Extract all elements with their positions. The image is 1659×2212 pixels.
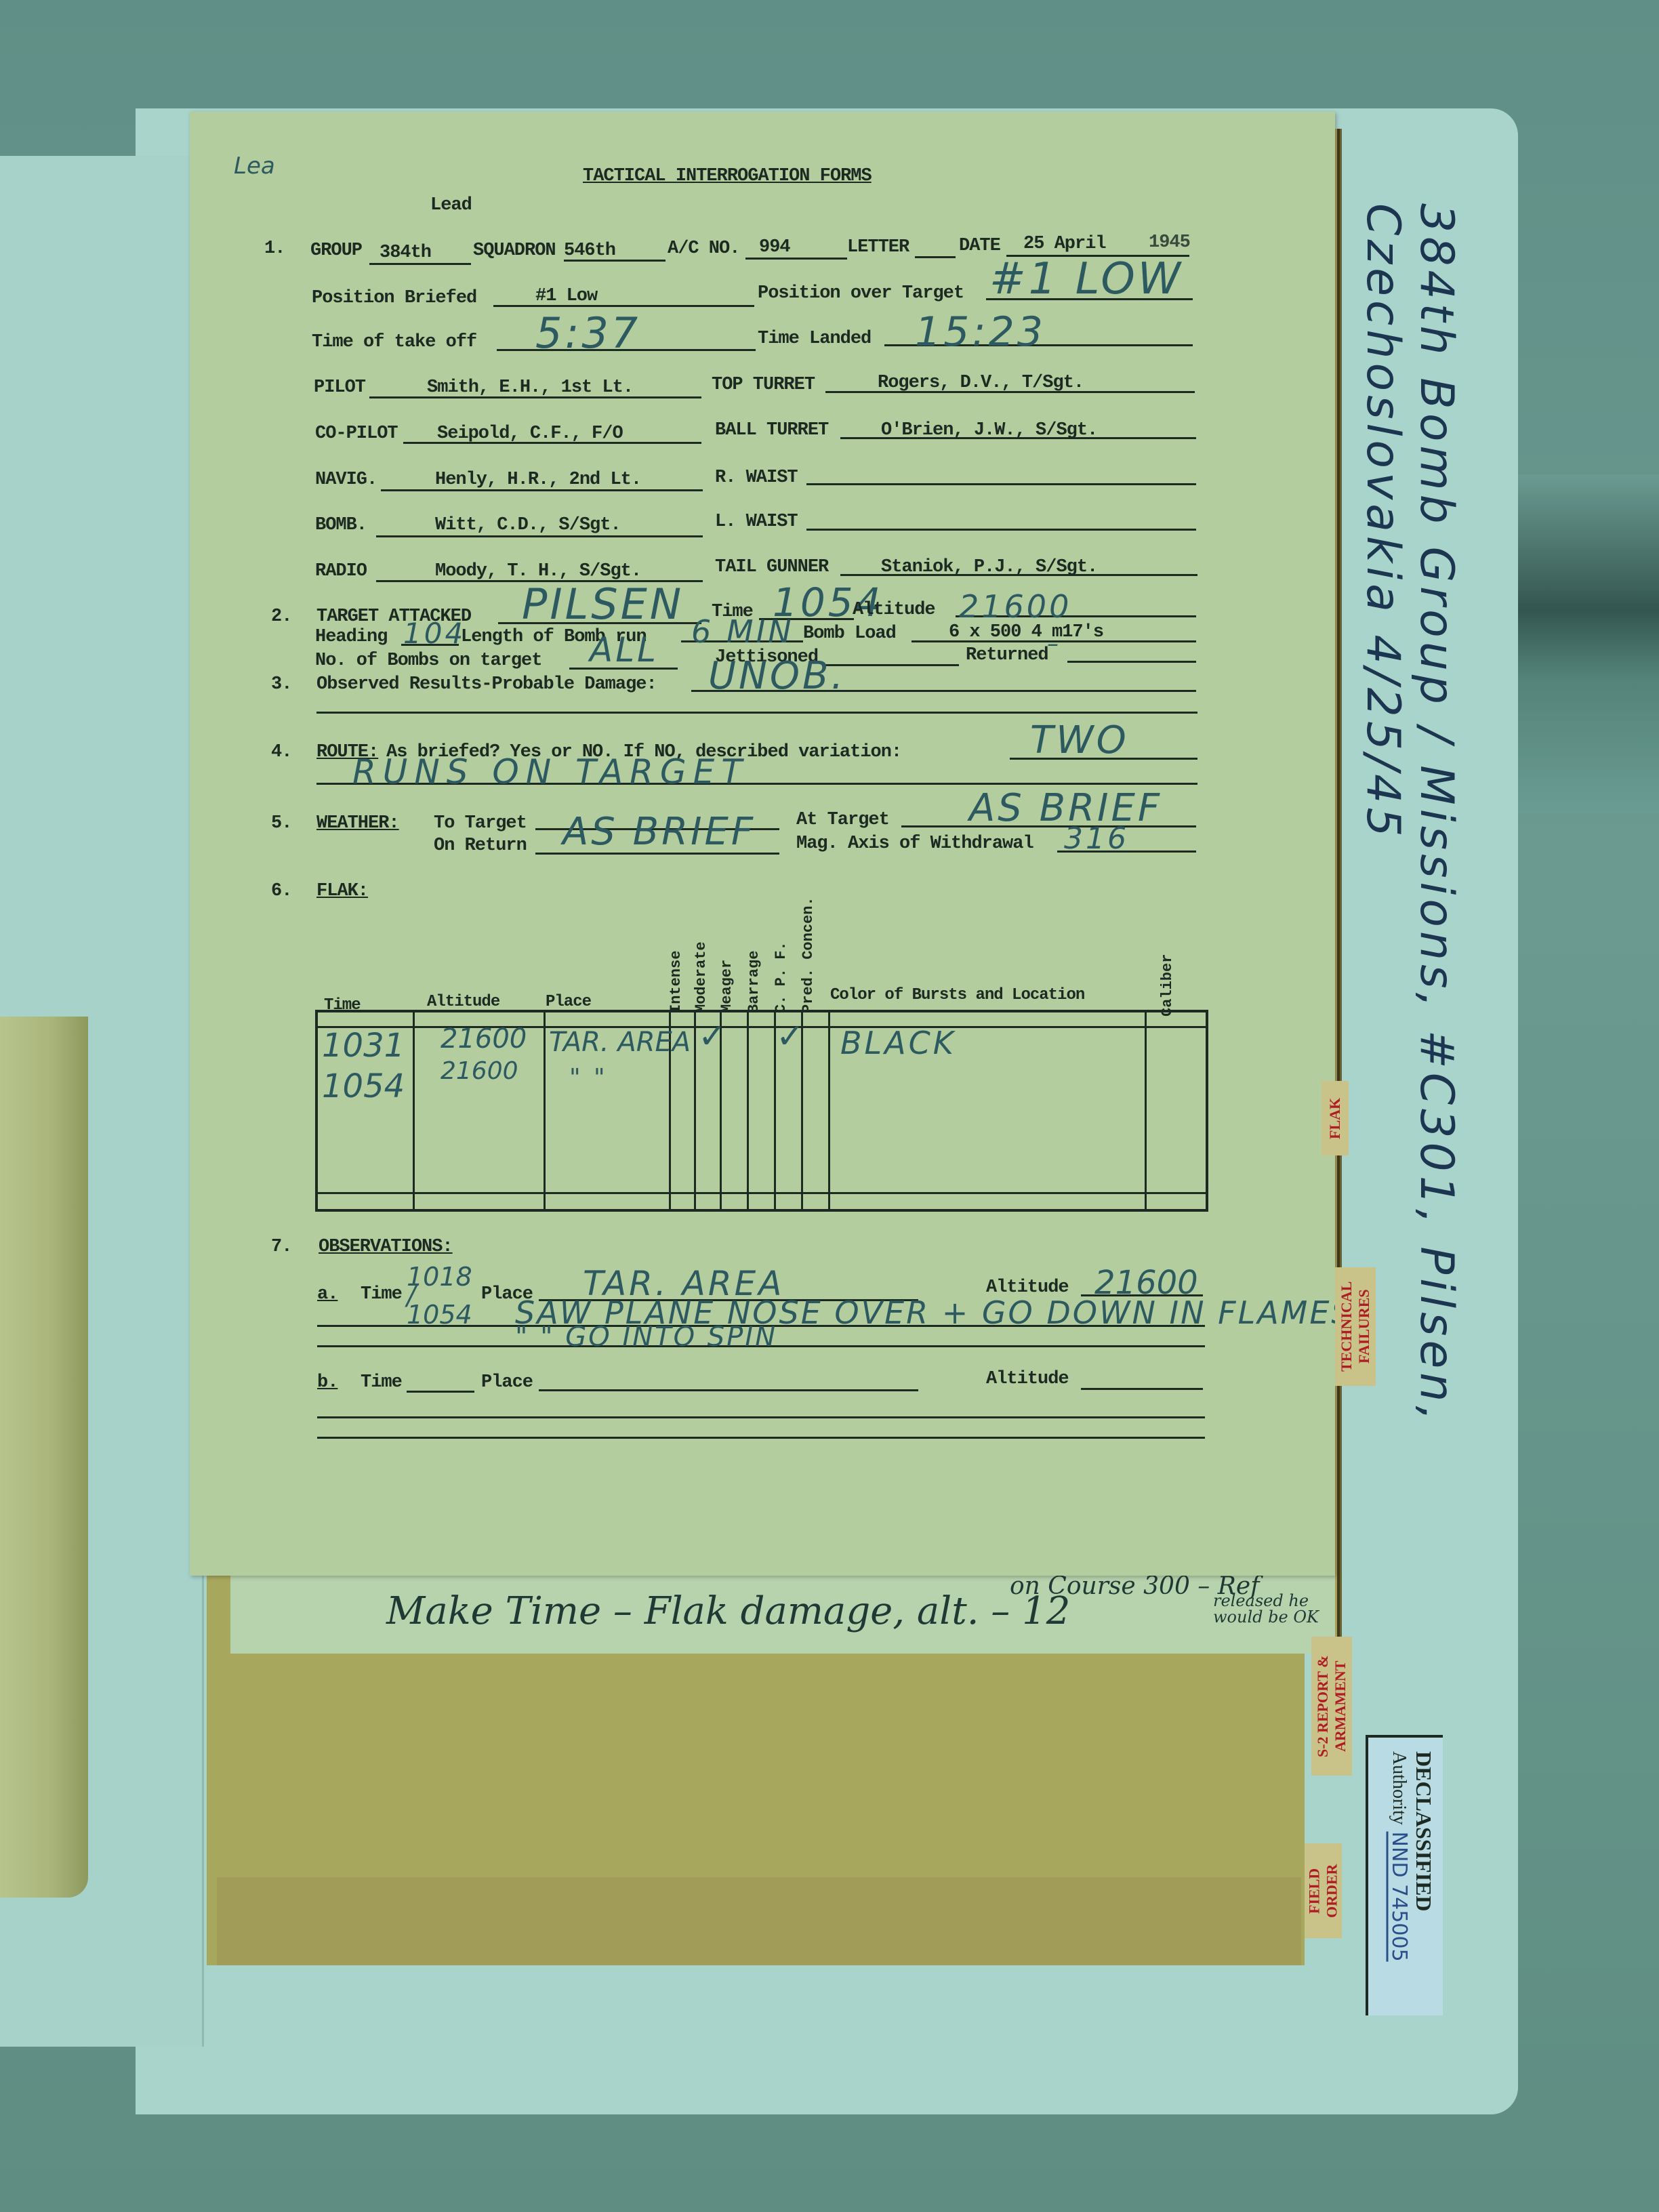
flak-row1-color: BLACK [840,1025,956,1061]
letter-label: LETTER [847,237,909,258]
weather-to-target-label: To Target [434,813,527,834]
returned-value: – [1047,630,1061,657]
date-value: 25 April [1023,234,1106,254]
ac-no-label: A/C NO. [668,239,739,259]
tab-s2-armament-label: S-2 REPORT & ARMAMENT [1314,1637,1349,1776]
obs-b-line-3 [317,1437,1205,1439]
tab-field-order[interactable]: FIELD ORDER [1305,1843,1342,1938]
crew-role-radio: RADIO [315,561,367,581]
crew-role-top-turret: TOP TURRET [712,375,815,395]
heading-value: 104 [403,617,466,650]
altitude-value: 21600 [959,588,1071,625]
group-label: GROUP [310,241,362,261]
flak-row1-cpf-check: ✓ [776,1017,807,1056]
folder-label: 384th Bomb Group / Missions, #C301, Pils… [1369,203,1450,1647]
altitude-label: Altitude [853,600,935,620]
flak-row1-altitude: 21600 [441,1023,527,1054]
crew-role-bombardier: BOMB. [315,515,367,535]
ac-no-value: 994 [759,237,790,258]
section-number: 6. [271,881,291,901]
at-target-label: At Target [796,810,889,830]
section-number: 4. [271,742,291,762]
obs-a-note-2: " " GO INTO SPIN [515,1322,777,1353]
adjacent-page-stack [0,1017,88,1898]
form-title: TACTICAL INTERROGATION FORMS [583,166,872,186]
crew-name-bombardier: Witt, C.D., S/Sgt. [435,515,621,535]
tab-s2-armament[interactable]: S-2 REPORT & ARMAMENT [1311,1637,1352,1776]
section-number: 5. [271,813,291,834]
flak-row2-place: " " [569,1064,608,1092]
section-number: 2. [271,607,291,627]
weather-to-target-value: AS BRIEF [562,810,756,854]
crew-role-tail-gunner: TAIL GUNNER [715,557,828,577]
obs-b-time-line [407,1391,474,1393]
observed-results-label: Observed Results-Probable Damage: [316,674,657,695]
bomb-run-value: 6 MIN [691,613,794,650]
obs-a-time-label: Time [361,1284,402,1305]
heading-label: Heading [315,627,387,647]
section-number: 7. [271,1237,291,1257]
observed-results-line-2 [316,712,1197,714]
crew-role-ball-turret: BALL TURRET [715,420,828,441]
crew-role-pilot: PILOT [314,377,365,398]
flak-col-pred-concen: Pred. Concen. [800,897,817,1013]
underlying-note-aside: released he would be OK [1213,1593,1328,1625]
takeoff-value: 5:37 [535,308,640,358]
flak-row1-time: 1031 [322,1027,405,1065]
ac-no-field-line [745,258,847,260]
squadron-label: SQUADRON [473,241,556,261]
observed-results-value: UNOB. [708,654,846,698]
crew-role-left-waist: L. WAIST [715,512,798,532]
crew-name-pilot: Smith, E.H., 1st Lt. [427,377,633,398]
bomb-load-value: 6 x 500 4 m17's [949,622,1103,642]
obs-b-letter: b. [317,1372,337,1393]
withdrawal-label: Mag. Axis of Withdrawal [796,834,1033,854]
crew-line-left-waist [806,529,1196,531]
flak-col-moderate: Moderate [693,941,710,1013]
withdrawal-value: 316 [1064,821,1129,856]
squadron-value: 546th [564,241,615,261]
observations-label: OBSERVATIONS: [319,1237,453,1257]
route-value-2: RUNS ON TARGET [352,752,749,792]
obs-b-altitude-label: Altitude [986,1369,1069,1389]
letter-field-line [915,256,956,258]
position-tag: Lead [430,195,472,216]
flak-col-cpf: C. P. F. [773,941,790,1013]
group-value: 384th [380,243,431,263]
landed-label: Time Landed [758,329,871,349]
crew-name-ball-turret: O'Brien, J.W., S/Sgt. [881,420,1097,441]
obs-b-line-2 [317,1416,1205,1418]
crew-line-bombardier [376,535,703,537]
crew-name-navigator: Henly, H.R., 2nd Lt. [435,470,641,490]
flak-row2-time: 1054 [322,1067,405,1105]
section-number: 3. [271,674,291,695]
crew-role-navigator: NAVIG. [315,470,377,490]
crew-role-right-waist: R. WAIST [715,468,798,488]
returned-label: Returned [966,645,1048,665]
stamp-title: DECLASSIFIED [1411,1751,1436,2002]
takeoff-label: Time of take off [312,332,476,352]
position-target-label: Position over Target [758,283,964,304]
tab-field-order-label: FIELD ORDER [1306,1843,1341,1938]
obs-a-time-value: 1018 / 1054 [407,1267,447,1324]
flak-label: FLAK: [316,881,368,901]
position-briefed-value: #1 Low [535,286,597,306]
flak-col-barrage: Barrage [745,951,762,1013]
manila-back-page-bottom [217,1877,1301,1965]
bomb-load-label: Bomb Load [803,623,896,644]
obs-b-place-label: Place [481,1372,533,1393]
crew-name-tail-gunner: Staniok, P.J., S/Sgt. [881,557,1097,577]
date-label: DATE [959,236,1000,256]
obs-a-letter: a. [317,1284,337,1305]
position-target-value: #1 LOW [989,254,1183,304]
obs-b-altitude-line [1081,1388,1203,1390]
crew-name-top-turret: Rogers, D.V., T/Sgt. [878,373,1084,393]
crew-name-radio: Moody, T. H., S/Sgt. [435,561,641,581]
underlying-note-main: Make Time – Flak damage, alt. – 12 [386,1589,1070,1633]
crew-name-copilot: Seipold, C.F., F/O [437,424,623,444]
flak-col-place: Place [546,993,591,1011]
flak-row1-moderate-check: ✓ [698,1017,729,1056]
crew-role-copilot: CO-PILOT [315,424,398,444]
flak-col-meager: Meager [718,960,735,1013]
target-value: PILSEN [522,579,684,629]
flak-row2-altitude: 21600 [441,1057,518,1085]
date-year: 1945 [1149,232,1190,253]
section-number: 1. [264,239,285,259]
landed-value: 15:23 [915,308,1046,356]
flak-row1-place: TAR. AREA [549,1027,691,1058]
returned-line [1067,661,1196,663]
weather-on-return-label: On Return [434,836,527,856]
bombs-on-target-value: ALL [590,630,659,670]
flak-col-altitude: Altitude [427,993,499,1011]
stamp-authority-label: Authority [1389,1751,1410,1825]
tab-flak[interactable]: FLAK [1322,1081,1349,1155]
stamp-authority-number: NND 745005 [1387,1832,1411,1962]
flak-col-intense: Intense [668,951,684,1013]
route-value-1: TWO [1030,718,1129,762]
group-field-line [369,263,471,265]
flak-col-caliber: Caliber [1159,954,1176,1017]
flak-col-color: Color of Bursts and Location [830,986,1084,1004]
position-briefed-label: Position Briefed [312,288,476,308]
obs-b-place-line [539,1389,918,1391]
obs-b-time-label: Time [361,1372,402,1393]
position-briefed-line [493,305,754,307]
tab-flak-label: FLAK [1326,1097,1344,1139]
weather-label: WEATHER: [316,813,399,834]
corner-mark: Lea [234,152,275,180]
crew-line-right-waist [806,483,1196,485]
declassified-stamp: DECLASSIFIED Authority NND 745005 [1366,1735,1443,2015]
bombs-on-target-label: No. of Bombs on target [315,651,541,671]
